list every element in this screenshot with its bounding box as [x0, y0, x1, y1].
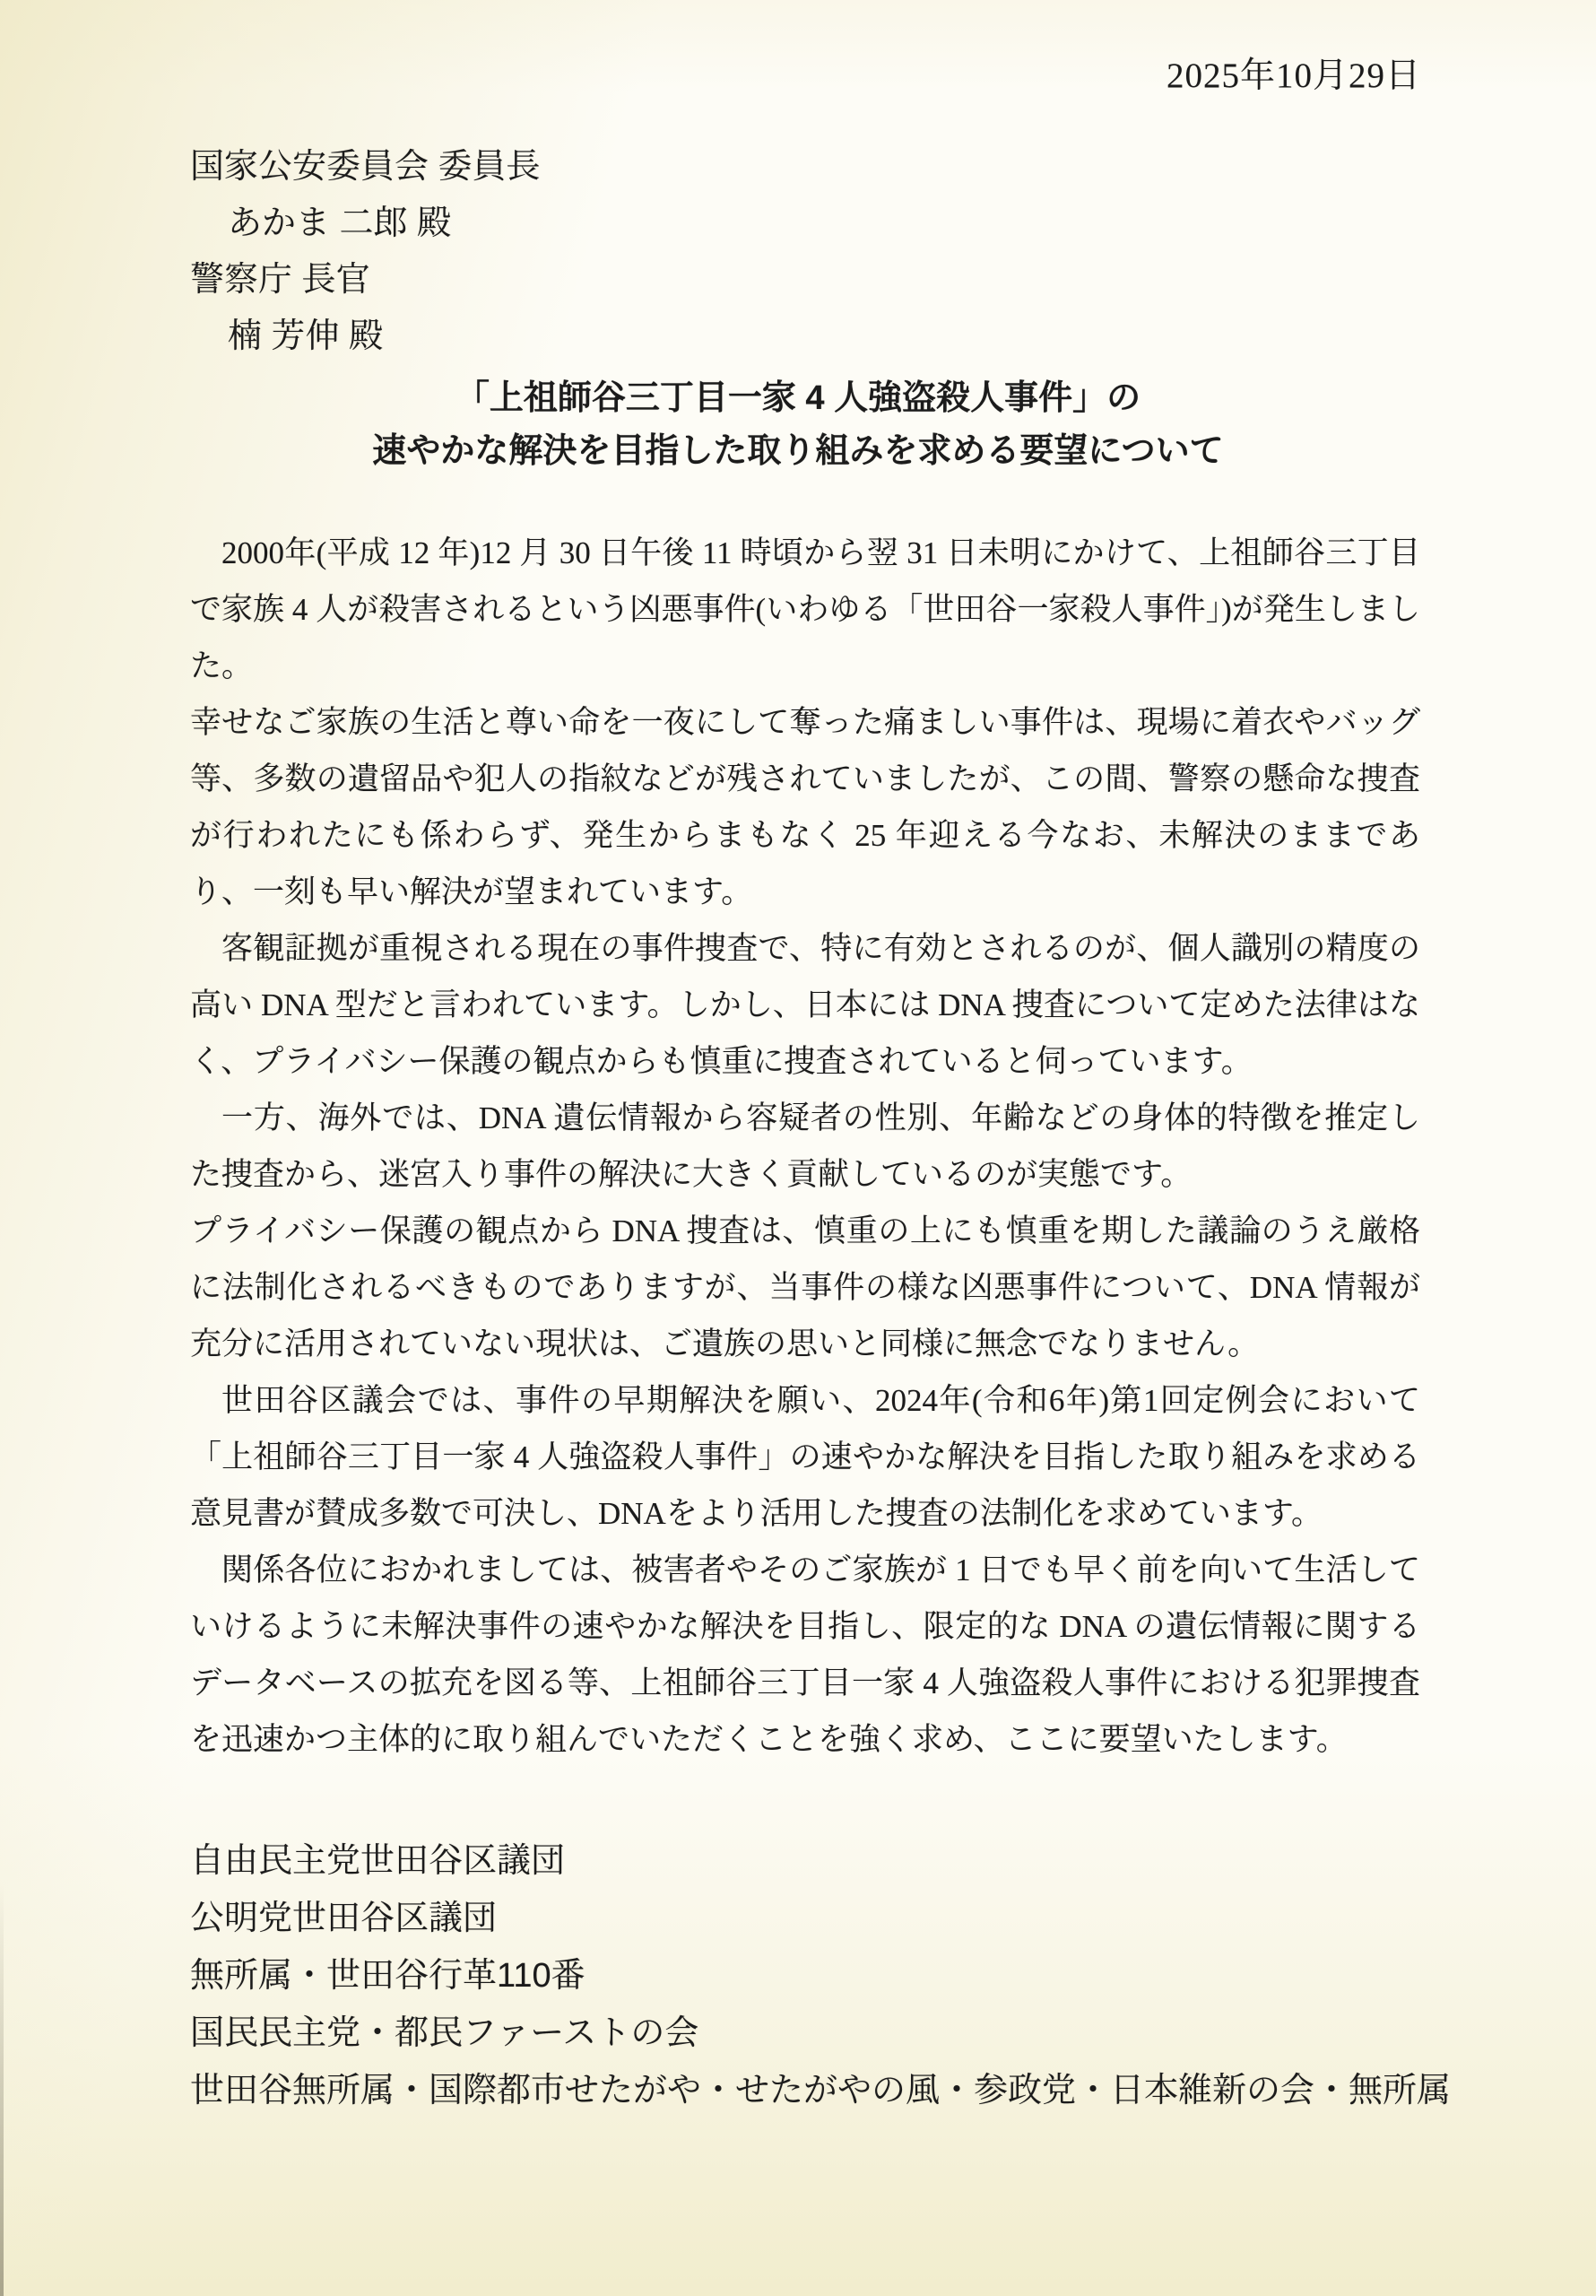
- body-paragraph-3: 客観証拠が重視される現在の事件捜査で、特に有効とされるのが、個人識別の精度の高い…: [190, 920, 1420, 1090]
- signatories-block: 自由民主党世田谷区議団 公明党世田谷区議団 無所属・世田谷行革110番 国民民主…: [190, 1832, 1535, 2119]
- scanned-letter-page: 2025年10月29日 国家公安委員会 委員長 あかま 二郎 殿 警察庁 長官 …: [0, 0, 1596, 2296]
- signatory-line-komeito: 公明党世田谷区議団: [190, 1890, 1535, 1947]
- recipient-line-npsc-chairman: 国家公安委員会 委員長: [190, 139, 541, 196]
- body-paragraph-1: 2000年(平成 12 年)12 月 30 日午後 11 時頃から翌 31 日未…: [190, 525, 1420, 694]
- signatory-line-ldp: 自由民主党世田谷区議団: [190, 1832, 1535, 1890]
- signatory-line-mushozoku-gyokaku110: 無所属・世田谷行革110番: [190, 1947, 1535, 2005]
- body-paragraph-7: 関係各位におかれましては、被害者やそのご家族が 1 日でも早く前を向いて生活して…: [190, 1542, 1420, 1768]
- recipient-line-akama-jiro: あかま 二郎 殿: [190, 196, 541, 252]
- letter-body: 2000年(平成 12 年)12 月 30 日午後 11 時頃から翌 31 日未…: [190, 525, 1420, 1768]
- recipient-line-npa-commissioner: 警察庁 長官: [190, 252, 541, 309]
- recipient-line-kusunoki-yoshinobu: 楠 芳伸 殿: [190, 309, 541, 365]
- body-paragraph-4: 一方、海外では、DNA 遺伝情報から容疑者の性別、年齢などの身体的特徴を推定した…: [190, 1090, 1420, 1203]
- recipients-block: 国家公安委員会 委員長 あかま 二郎 殿 警察庁 長官 楠 芳伸 殿: [190, 139, 541, 365]
- scanner-edge-shadow: [0, 1883, 4, 2296]
- letter-title-line-2: 速やかな解決を目指した取り組みを求める要望について: [0, 425, 1596, 478]
- letter-date: 2025年10月29日: [1167, 52, 1421, 100]
- body-paragraph-6: 世田谷区議会では、事件の早期解決を願い、2024年(令和6年)第1回定例会におい…: [190, 1372, 1420, 1542]
- letter-title: 「上祖師谷三丁目一家 4 人強盗殺人事件」の 速やかな解決を目指した取り組みを求…: [0, 372, 1596, 478]
- signatory-line-other-groups: 世田谷無所属・国際都市せたがや・せたがやの風・参政党・日本維新の会・無所属: [190, 2062, 1535, 2119]
- body-paragraph-2: 幸せなご家族の生活と尊い命を一夜にして奪った痛ましい事件は、現場に着衣やバッグ等…: [190, 694, 1420, 920]
- signatory-line-kokumin-tomin-first: 国民民主党・都民ファーストの会: [190, 2005, 1535, 2062]
- body-paragraph-5: プライバシー保護の観点から DNA 捜査は、慎重の上にも慎重を期した議論のうえ厳…: [190, 1203, 1420, 1372]
- letter-title-line-1: 「上祖師谷三丁目一家 4 人強盗殺人事件」の: [0, 372, 1596, 425]
